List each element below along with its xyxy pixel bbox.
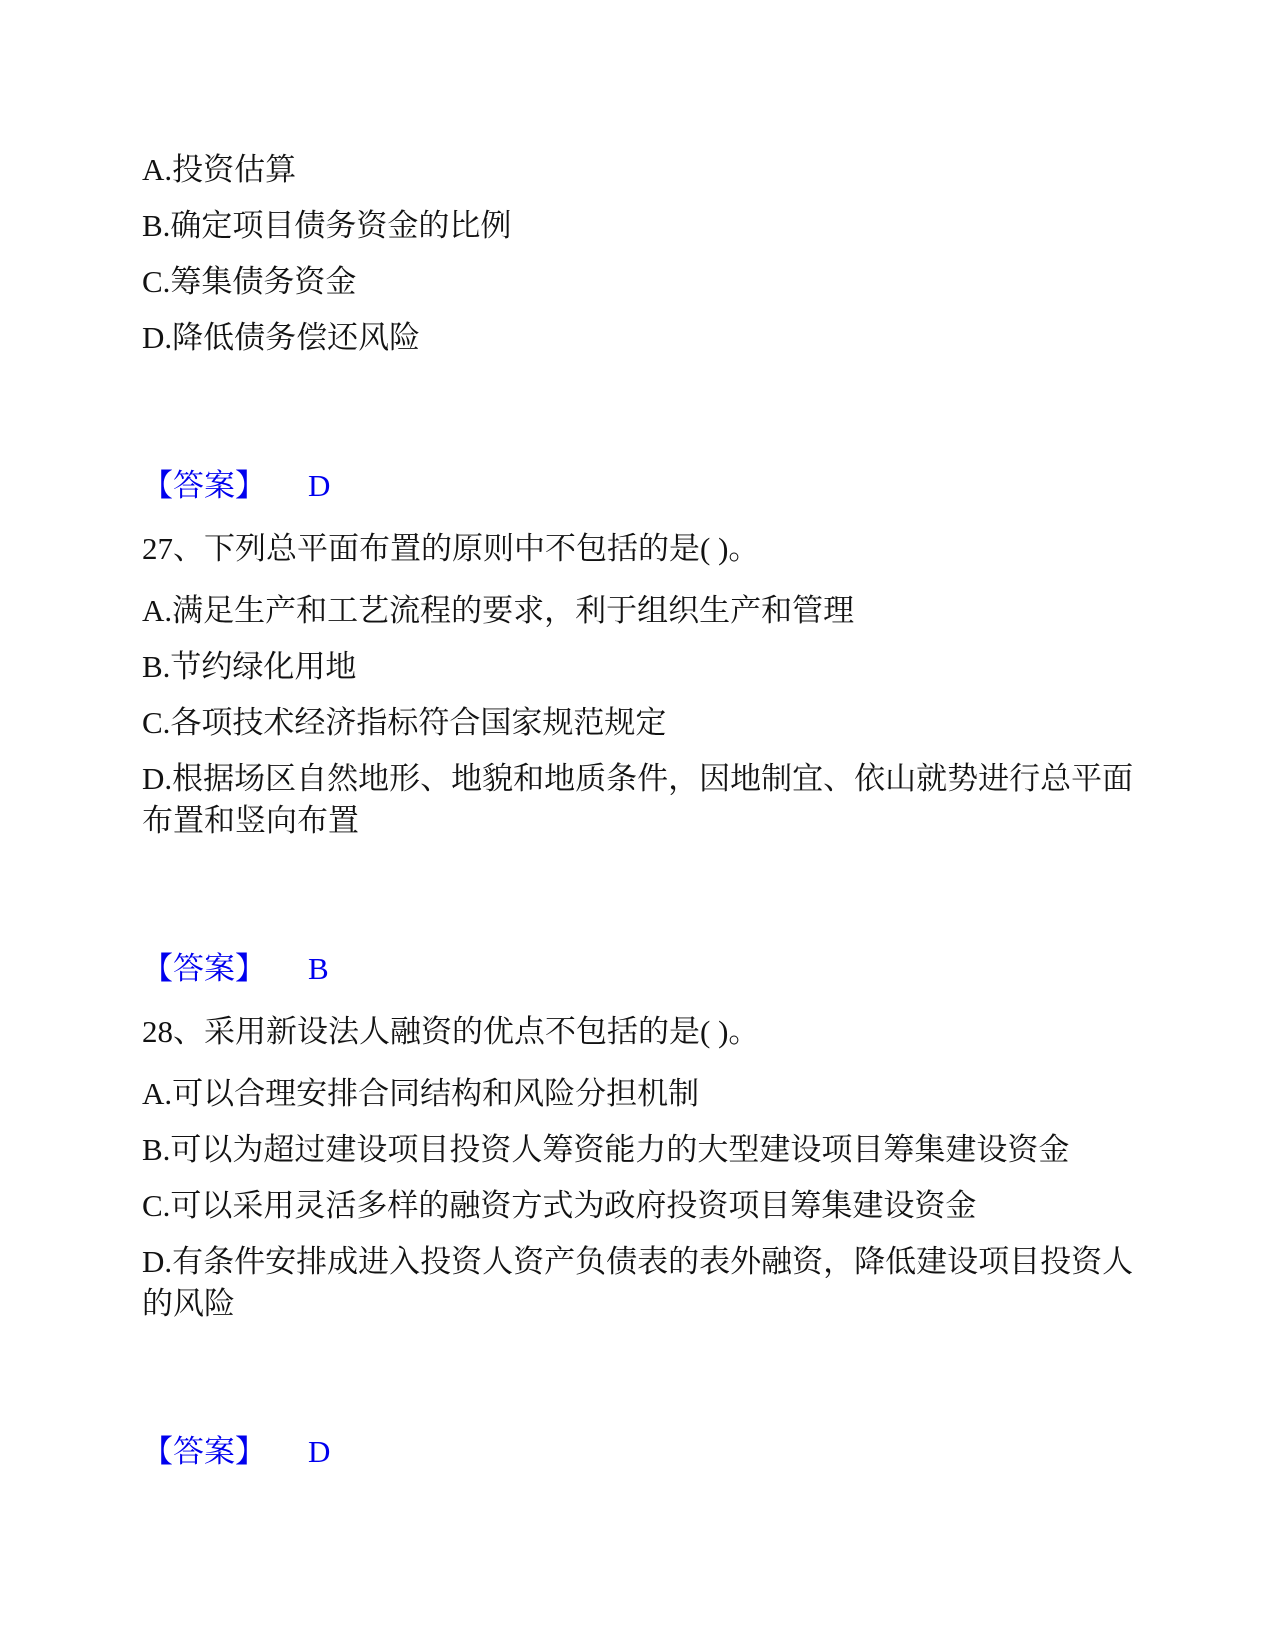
option-line-d: D.有条件安排成进入投资人资产负债表的表外融资，降低建设项目投资人的风险 (142, 1241, 1162, 1325)
answer-label: 【答案】 (142, 951, 266, 986)
exam-page: A.投资估算 B.确定项目债务资金的比例 C.筹集债务资金 D.降低债务偿还风险… (142, 149, 1162, 1487)
answer-line: 【答案】B (142, 948, 1162, 990)
option-line-d: D.根据场区自然地形、地貌和地质条件，因地制宜、依山就势进行总平面布置和竖向布置 (142, 758, 1162, 842)
question-block-28: 28、采用新设法人融资的优点不包括的是( )。 A.可以合理安排合同结构和风险分… (142, 1011, 1162, 1473)
answer-line: 【答案】D (142, 465, 1162, 507)
option-line-b: B.可以为超过建设项目投资人筹资能力的大型建设项目筹集建设资金 (142, 1129, 1162, 1171)
option-line-b: B.确定项目债务资金的比例 (142, 205, 1162, 247)
option-line-c: C.筹集债务资金 (142, 261, 1162, 303)
question-block-top: A.投资估算 B.确定项目债务资金的比例 C.筹集债务资金 D.降低债务偿还风险… (142, 149, 1162, 507)
option-line-c: C.可以采用灵活多样的融资方式为政府投资项目筹集建设资金 (142, 1185, 1162, 1227)
option-line-a: A.可以合理安排合同结构和风险分担机制 (142, 1073, 1162, 1115)
answer-label: 【答案】 (142, 1434, 266, 1469)
option-line-d: D.降低债务偿还风险 (142, 317, 1162, 359)
option-line-b: B.节约绿化用地 (142, 646, 1162, 688)
question-block-27: 27、下列总平面布置的原则中不包括的是( )。 A.满足生产和工艺流程的要求，利… (142, 528, 1162, 990)
answer-label: 【答案】 (142, 468, 266, 503)
option-line-c: C.各项技术经济指标符合国家规范规定 (142, 702, 1162, 744)
option-line-a: A.满足生产和工艺流程的要求，利于组织生产和管理 (142, 590, 1162, 632)
answer-value: D (308, 465, 330, 507)
answer-value: B (308, 948, 329, 990)
question-stem: 28、采用新设法人融资的优点不包括的是( )。 (142, 1011, 1162, 1053)
answer-line: 【答案】D (142, 1431, 1162, 1473)
question-stem: 27、下列总平面布置的原则中不包括的是( )。 (142, 528, 1162, 570)
answer-value: D (308, 1431, 330, 1473)
option-line-a: A.投资估算 (142, 149, 1162, 191)
